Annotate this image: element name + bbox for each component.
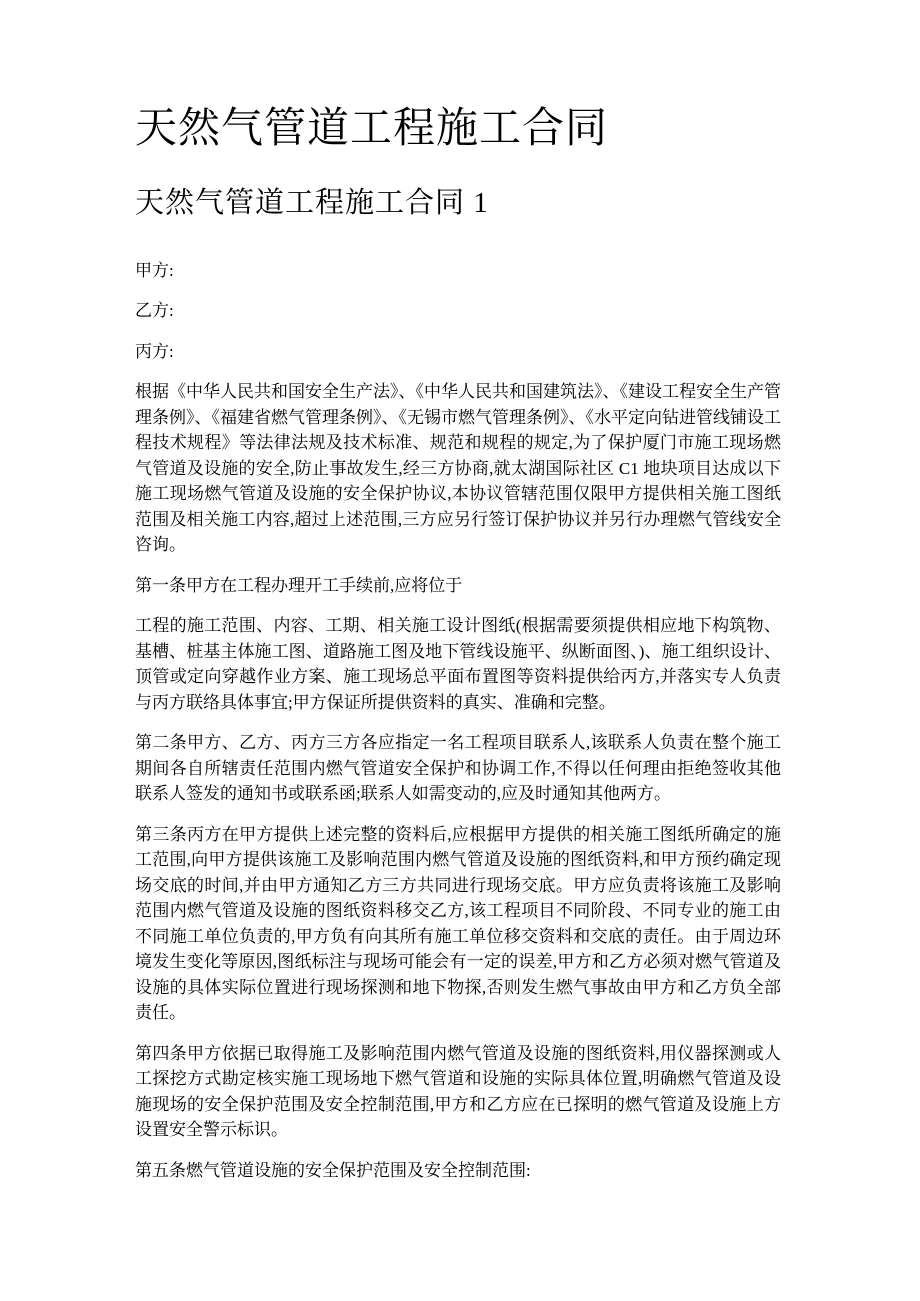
document-title: 天然气管道工程施工合同: [135, 105, 785, 153]
paragraph: 工程的施工范围、内容、工期、相关施工设计图纸(根据需要须提供相应地下构筑物、基槽…: [135, 613, 781, 715]
paragraph: 乙方:: [135, 298, 781, 324]
paragraph: 第一条甲方在工程办理开工手续前,应将位于: [135, 573, 781, 599]
contract-document-page: 天然气管道工程施工合同 天然气管道工程施工合同 1 甲方:乙方:丙方:根据《中华…: [0, 0, 920, 1301]
paragraph: 第五条燃气管道设施的安全保护范围及安全控制范围:: [135, 1158, 781, 1184]
paragraph: 丙方:: [135, 339, 781, 365]
document-subtitle: 天然气管道工程施工合同 1: [135, 187, 785, 220]
paragraph: 第四条甲方依据已取得施工及影响范围内燃气管道及设施的图纸资料,用仪器探测或人工探…: [135, 1041, 781, 1143]
document-body: 甲方:乙方:丙方:根据《中华人民共和国安全生产法》、《中华人民共和国建筑法》、《…: [135, 258, 781, 1184]
paragraph: 第二条甲方、乙方、丙方三方各应指定一名工程项目联系人,该联系人负责在整个施工期间…: [135, 730, 781, 807]
paragraph: 甲方:: [135, 258, 781, 284]
paragraph: 根据《中华人民共和国安全生产法》、《中华人民共和国建筑法》、《建设工程安全生产管…: [135, 379, 781, 558]
paragraph: 第三条丙方在甲方提供上述完整的资料后,应根据甲方提供的相关施工图纸所确定的施工范…: [135, 822, 781, 1026]
